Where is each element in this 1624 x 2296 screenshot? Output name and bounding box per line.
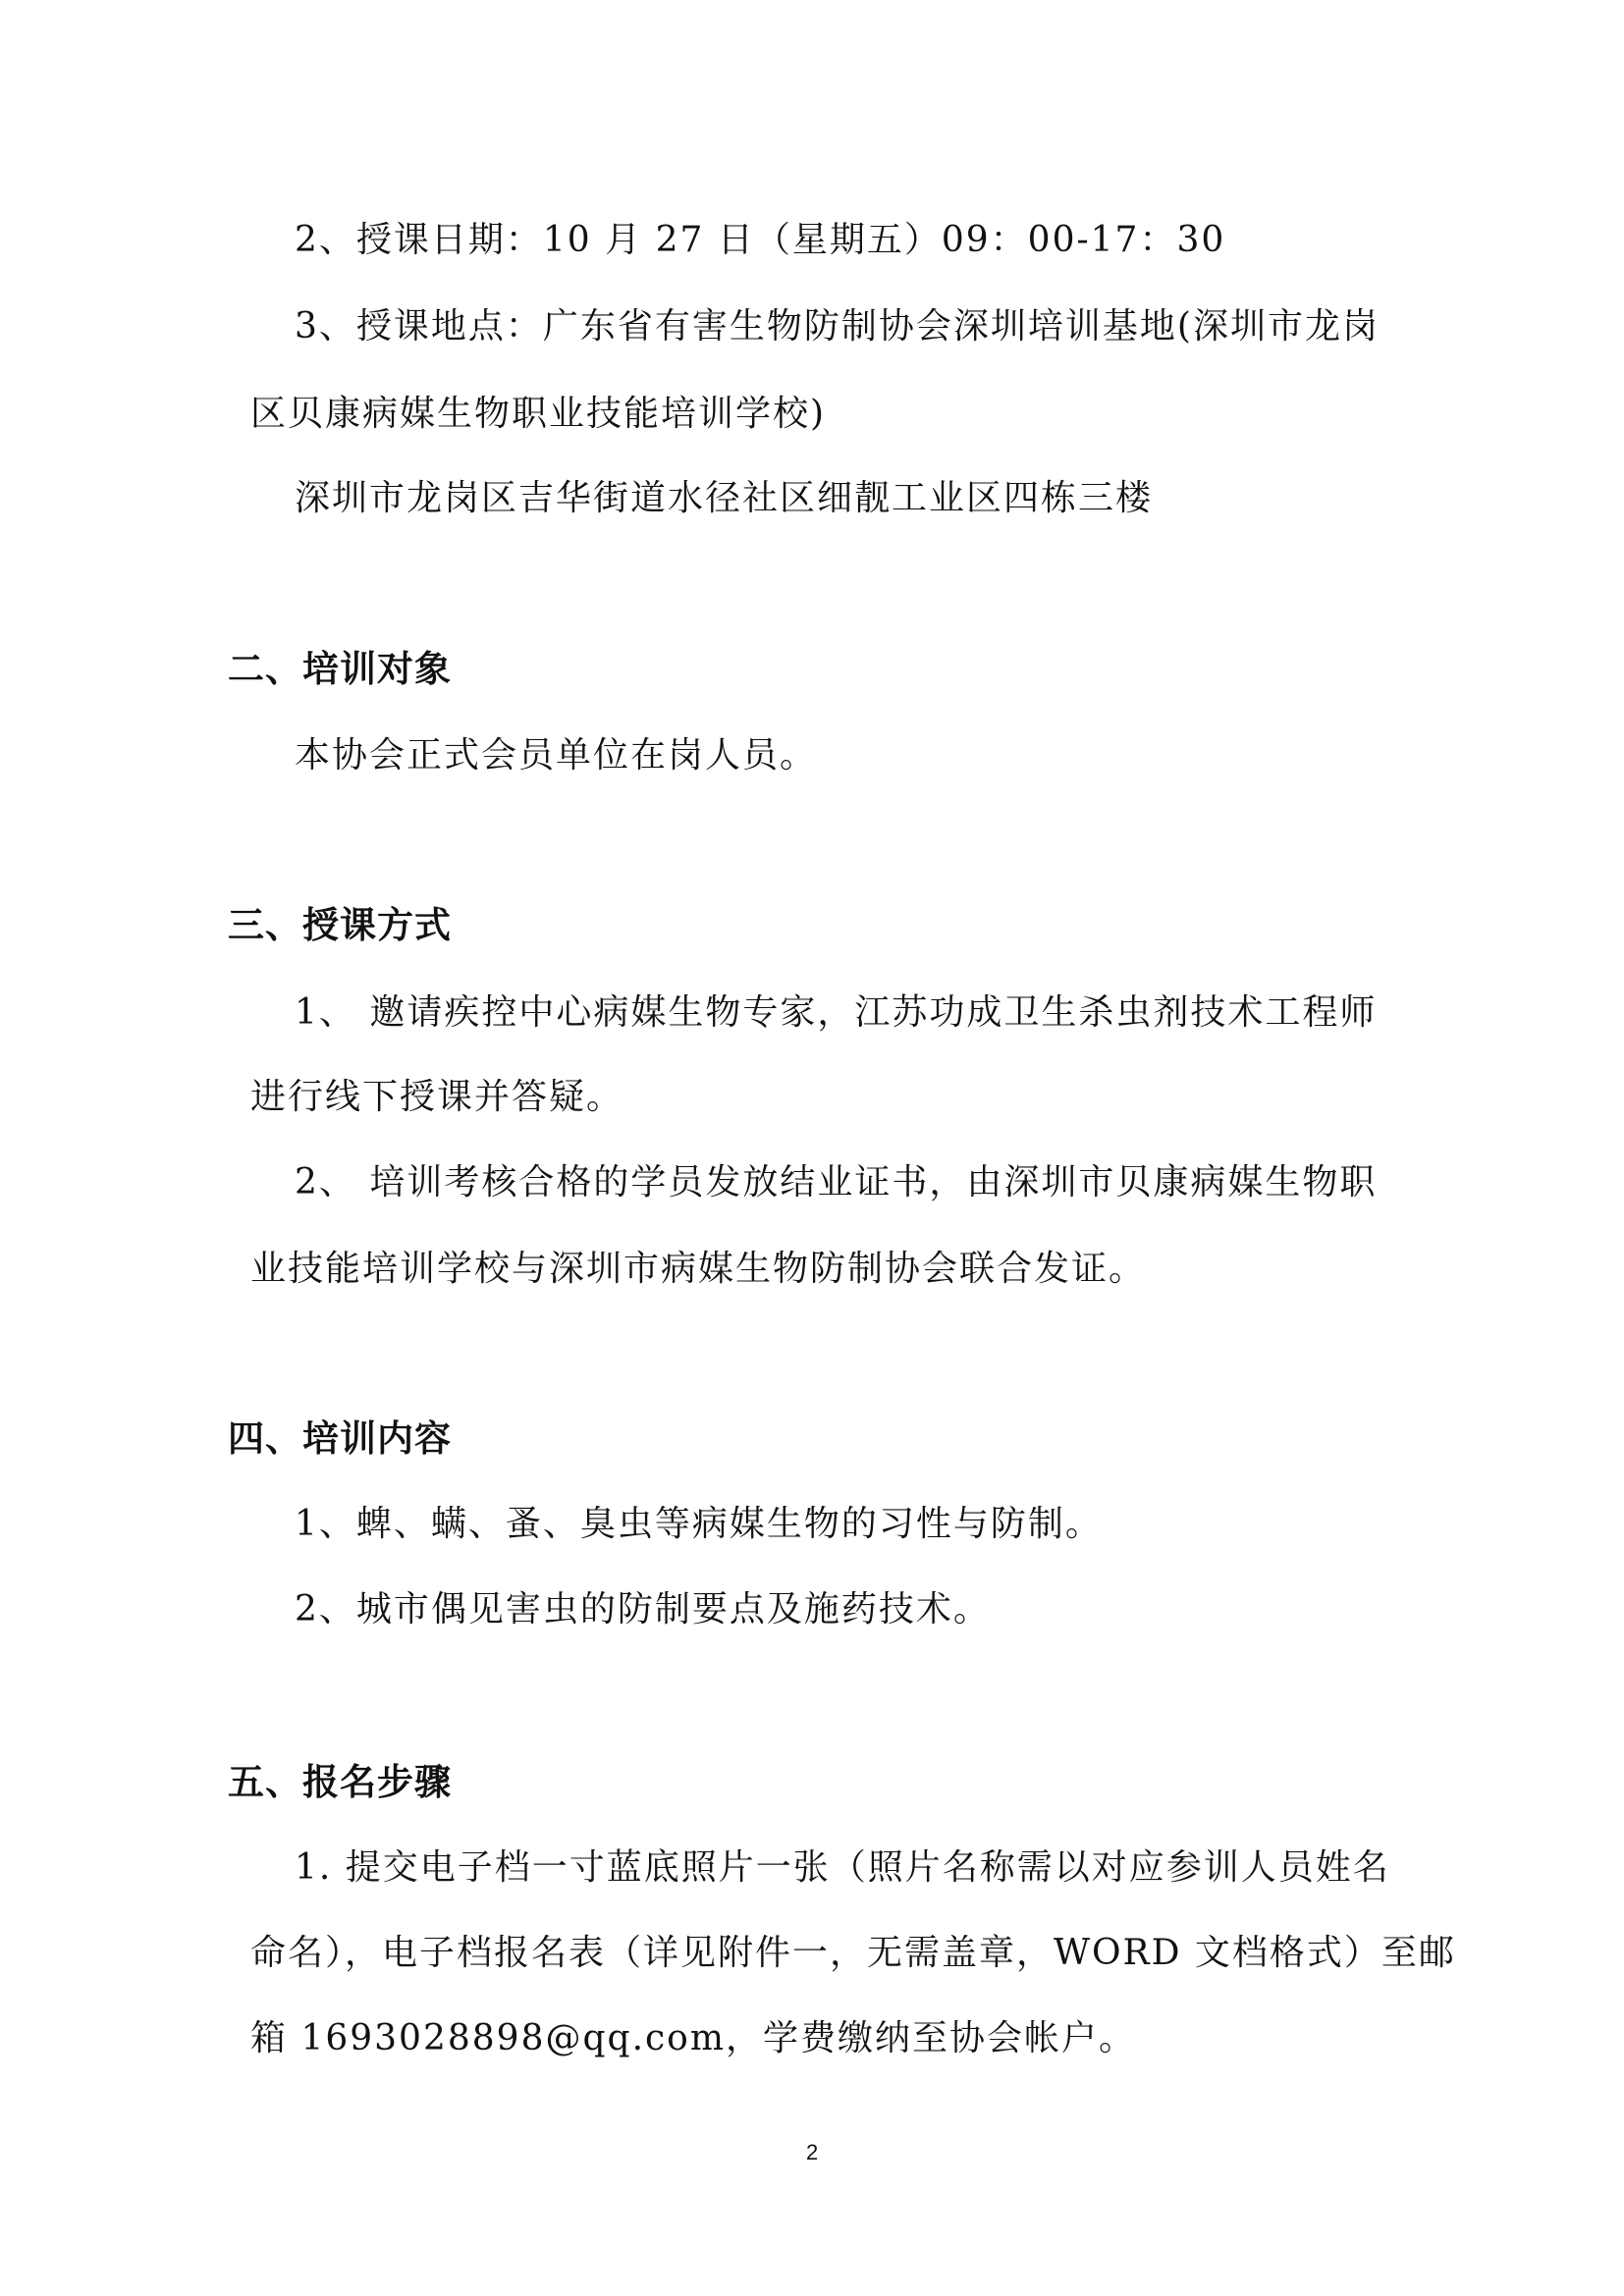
training-location-line1: 3、授课地点：广东省有害生物防制协会深圳培训基地(深圳市龙岗 — [295, 305, 1380, 348]
page-number: 2 — [806, 2140, 818, 2165]
registration-item1-line1: 1. 提交电子档一寸蓝底照片一张（照片名称需以对应参训人员姓名 — [295, 1846, 1390, 1890]
method-item1-line1: 1、 邀请疾控中心病媒生物专家，江苏功成卫生杀虫剂技术工程师 — [295, 991, 1377, 1035]
method-item2-line2: 业技能培训学校与深圳市病媒生物防制协会联合发证。 — [250, 1248, 1146, 1291]
method-item1-line2: 进行线下授课并答疑。 — [250, 1076, 623, 1119]
section-heading-training-content: 四、培训内容 — [228, 1417, 452, 1461]
section-heading-registration: 五、报名步骤 — [228, 1761, 452, 1804]
content-item1: 1、蜱、螨、蚤、臭虫等病媒生物的习性与防制。 — [295, 1503, 1103, 1546]
training-address: 深圳市龙岗区吉华街道水径社区细靓工业区四栋三楼 — [295, 477, 1153, 520]
registration-item1-line2: 命名），电子档报名表（详见附件一，无需盖章，WORD 文档格式）至邮 — [250, 1932, 1456, 1975]
method-item2-line1: 2、 培训考核合格的学员发放结业证书，由深圳市贝康病媒生物职 — [295, 1161, 1377, 1204]
trainees-body: 本协会正式会员单位在岗人员。 — [295, 734, 817, 777]
registration-item1-line3: 箱 1693028898@qq.com，学费缴纳至协会帐户。 — [250, 2017, 1136, 2060]
section-heading-teaching-method: 三、授课方式 — [228, 904, 452, 947]
training-location-line2: 区贝康病媒生物职业技能培训学校) — [250, 393, 826, 436]
content-item2: 2、城市偶见害虫的防制要点及施药技术。 — [295, 1588, 991, 1631]
section-heading-trainees: 二、培训对象 — [228, 648, 452, 691]
training-date: 2、授课日期：10 月 27 日（星期五）09：00-17：30 — [295, 219, 1225, 262]
